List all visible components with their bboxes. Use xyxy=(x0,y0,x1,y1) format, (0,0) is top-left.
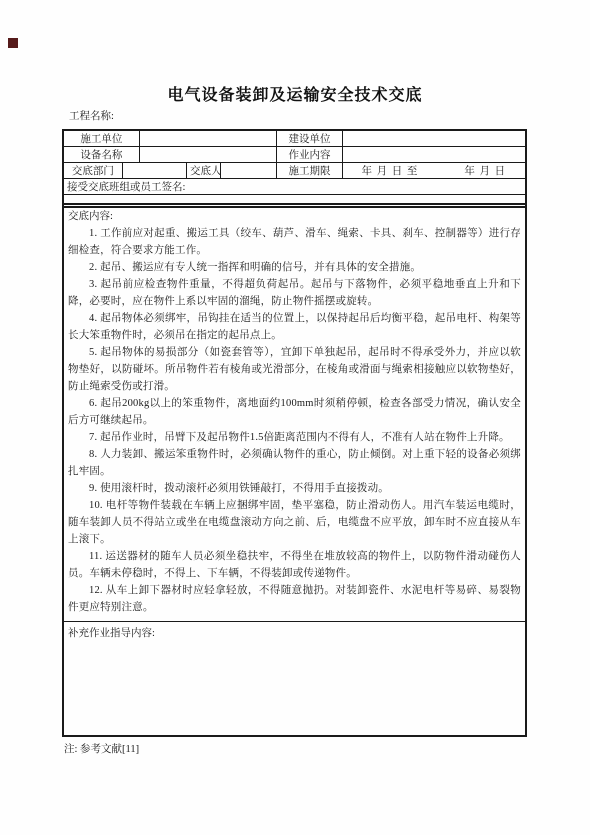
clause-1: 1. 工作前应对起重、搬运工具（绞车、葫芦、滑车、绳索、卡具、刹车、控制器等）进… xyxy=(68,225,521,259)
equipment-name-value xyxy=(139,147,277,163)
clause-4: 4. 起吊物体必须绑牢，吊钩挂在适当的位置上，以保持起吊后均衡平稳，起吊电杆、构… xyxy=(68,310,521,344)
clause-6: 6. 起吊200kg以上的笨重物件，离地面约100mm时须稍停顿，检查各部受力情… xyxy=(68,395,521,429)
work-content-value xyxy=(342,147,526,163)
disclosure-content-header: 交底内容: xyxy=(68,208,521,225)
disclosure-dept-label: 交底部门 xyxy=(63,163,122,179)
signature-label: 接受交底班组或员工签名: xyxy=(63,179,526,195)
info-table: 施工单位 建设单位 设备名称 作业内容 交底部门 交底人 施工期限 年 月 日 … xyxy=(62,129,527,208)
table-row: 接受交底班组或员工签名: xyxy=(63,179,526,195)
clause-2: 2. 起吊、搬运应有专人统一指挥和明确的信号，并有具体的安全措施。 xyxy=(68,259,521,276)
construction-period-label: 施工期限 xyxy=(277,163,342,179)
table-row: 交底部门 交底人 施工期限 年 月 日 至 年 月 日 xyxy=(63,163,526,179)
clause-10: 10. 电杆等物件装载在车辆上应捆绑牢固，垫平塞稳，防止滑动伤人。用汽车装运电缆… xyxy=(68,497,521,548)
building-unit-value xyxy=(342,130,526,147)
clause-11: 11. 运送器材的随车人员必须坐稳扶牢，不得坐在堆放较高的物件上，以防物件滑动碰… xyxy=(68,548,521,582)
document-title: 电气设备装卸及运输安全技术交底 xyxy=(0,82,590,105)
supplement-header: 补充作业指导内容: xyxy=(68,625,521,642)
disclosure-content-section: 交底内容: 1. 工作前应对起重、搬运工具（绞车、葫芦、滑车、绳索、卡具、刹车、… xyxy=(64,205,525,622)
corner-stamp-mark xyxy=(8,38,18,48)
work-content-label: 作业内容 xyxy=(277,147,342,163)
discloser-value xyxy=(221,163,277,179)
construction-unit-label: 施工单位 xyxy=(63,130,139,147)
construction-unit-value xyxy=(139,130,277,147)
clause-9: 9. 使用滚杆时，拨动滚杆必须用铁锤敲打，不得用手直接拨动。 xyxy=(68,480,521,497)
clause-8: 8. 人力装卸、搬运笨重物件时，必须确认物件的重心，防止倾倒。对上重下轻的设备必… xyxy=(68,446,521,480)
clause-12: 12. 从车上卸下器材时应轻拿轻放，不得随意抛扔。对装卸瓷件、水泥电杆等易碎、易… xyxy=(68,582,521,616)
equipment-name-label: 设备名称 xyxy=(63,147,139,163)
supplement-section: 补充作业指导内容: xyxy=(64,622,525,642)
table-row: 设备名称 作业内容 xyxy=(63,147,526,163)
reference-note: 注: 参考文献[11] xyxy=(64,741,139,756)
discloser-label: 交底人 xyxy=(187,163,221,179)
disclosure-box: 交底内容: 1. 工作前应对起重、搬运工具（绞车、葫芦、滑车、绳索、卡具、刹车、… xyxy=(62,203,527,737)
construction-period-dates: 年 月 日 至 年 月 日 xyxy=(342,163,526,179)
building-unit-label: 建设单位 xyxy=(277,130,342,147)
disclosure-dept-value xyxy=(122,163,186,179)
clause-3: 3. 起吊前应检查物件重量，不得超负荷起吊。起吊与下落物件，必须平稳地垂直上升和… xyxy=(68,276,521,310)
clause-5: 5. 起吊物体的易损部分（如瓷套管等），宜卸下单独起吊，起吊时不得承受外力，并应… xyxy=(68,344,521,395)
clause-7: 7. 起吊作业时，吊臂下及起吊物件1.5倍距离范围内不得有人，不准有人站在物件上… xyxy=(68,429,521,446)
table-row: 施工单位 建设单位 xyxy=(63,130,526,147)
document-page: 电气设备装卸及运输安全技术交底 工程名称: 施工单位 建设单位 设备名称 作业内… xyxy=(0,0,590,835)
project-name-label: 工程名称: xyxy=(69,108,114,123)
